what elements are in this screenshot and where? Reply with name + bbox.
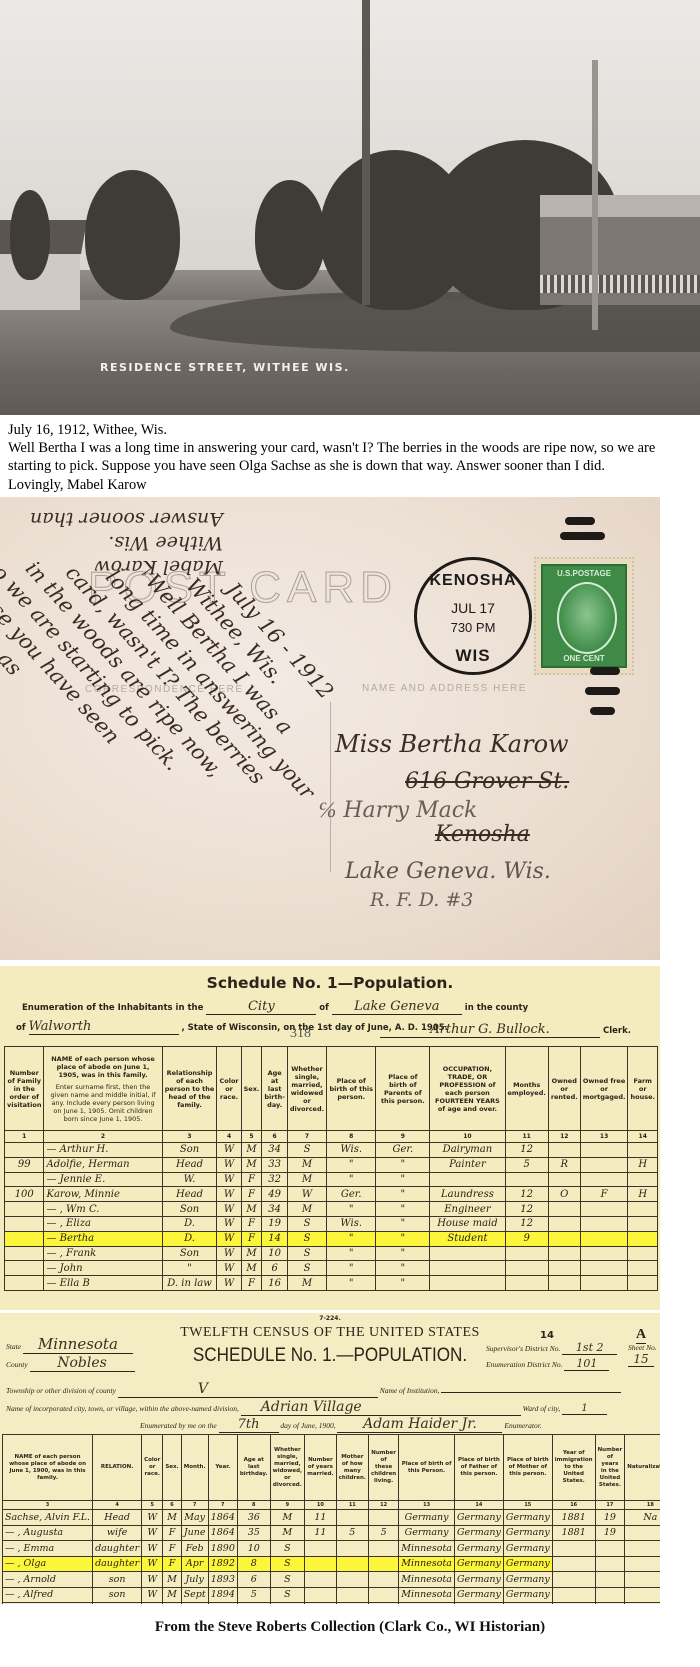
cell-marital: S bbox=[287, 1216, 326, 1231]
cell-name: — John bbox=[44, 1261, 162, 1276]
cell-months bbox=[505, 1246, 548, 1261]
cell-owned bbox=[548, 1276, 580, 1291]
cell-mother_of bbox=[336, 1556, 368, 1572]
cell-mother: Germany bbox=[503, 1541, 552, 1557]
cancellation-bar bbox=[565, 517, 595, 525]
cell-immig bbox=[552, 1556, 595, 1572]
cell-immig bbox=[552, 1572, 595, 1588]
cell-relation: Son bbox=[162, 1202, 217, 1217]
cell-living bbox=[368, 1541, 398, 1557]
census-1905-excerpt: Schedule No. 1—Population. Enumeration o… bbox=[0, 966, 660, 1310]
cell-name: — , Arnold bbox=[3, 1572, 93, 1588]
cell-months bbox=[505, 1172, 548, 1187]
cell-mother_of bbox=[336, 1603, 368, 1605]
cell-marital: S bbox=[270, 1572, 305, 1588]
postage-stamp: U.S.POSTAGE ONE CENT bbox=[534, 557, 634, 675]
cell-family bbox=[5, 1172, 44, 1187]
cell-age: 6 bbox=[262, 1261, 288, 1276]
cell-family bbox=[5, 1261, 44, 1276]
cell-yrs_us bbox=[595, 1603, 625, 1605]
cell-parents_birthplace: " bbox=[376, 1216, 430, 1231]
cell-farm: H bbox=[628, 1187, 658, 1202]
census-1900-enumerated: Enumerated by me on the 7th day of June,… bbox=[140, 1416, 542, 1433]
cell-year: 1892 bbox=[208, 1556, 237, 1572]
cell-age: 34 bbox=[262, 1202, 288, 1217]
cell-name: — , Alfred bbox=[3, 1587, 93, 1603]
cell-name: Karow, Minnie bbox=[44, 1187, 162, 1202]
cell-family: 100 bbox=[5, 1187, 44, 1202]
cell-occupation: Laundress bbox=[430, 1187, 505, 1202]
cell-marital: M bbox=[287, 1276, 326, 1291]
cell-farm bbox=[628, 1246, 658, 1261]
cell-age: 4 bbox=[237, 1603, 270, 1605]
cell-marital: M bbox=[287, 1172, 326, 1187]
cell-year: 1890 bbox=[208, 1541, 237, 1557]
cell-living bbox=[368, 1556, 398, 1572]
cell-birthplace: " bbox=[327, 1231, 376, 1246]
cell-free bbox=[580, 1246, 628, 1261]
cell-color: W bbox=[217, 1246, 241, 1261]
cell-yrs_married: 11 bbox=[305, 1510, 337, 1526]
letter-signoff: Lovingly, Mabel Karow bbox=[8, 476, 694, 494]
cell-month: May bbox=[181, 1510, 208, 1526]
cell-birth: Germany bbox=[399, 1510, 455, 1526]
cell-sex: F bbox=[241, 1276, 262, 1291]
cell-farm bbox=[628, 1202, 658, 1217]
cell-color: W bbox=[217, 1187, 241, 1202]
cell-owned bbox=[548, 1216, 580, 1231]
cell-color: W bbox=[142, 1525, 163, 1541]
cell-occupation: Student bbox=[430, 1231, 505, 1246]
cell-marital: W bbox=[287, 1187, 326, 1202]
census-1905-rows: — Arthur H.SonWM34SWis.Ger.Dairyman1299A… bbox=[5, 1143, 658, 1291]
cell-color: W bbox=[217, 1231, 241, 1246]
cell-name: — Jennie E. bbox=[44, 1172, 162, 1187]
cell-relation: daughter bbox=[93, 1556, 142, 1572]
cell-sex: M bbox=[241, 1157, 262, 1172]
cell-living bbox=[368, 1510, 398, 1526]
stamp-bottom-text: ONE CENT bbox=[543, 654, 625, 663]
cell-occupation bbox=[430, 1172, 505, 1187]
photo-utility-pole bbox=[592, 60, 598, 330]
cell-age: 36 bbox=[237, 1510, 270, 1526]
cell-name: Adolfie, Herman bbox=[44, 1157, 162, 1172]
postmark: KENOSHA JUL 17 730 PM WIS bbox=[414, 557, 532, 675]
cell-marital: M bbox=[287, 1157, 326, 1172]
cell-name: — , Paul bbox=[3, 1603, 93, 1605]
cell-month: June bbox=[181, 1525, 208, 1541]
postmark-city: KENOSHA bbox=[417, 572, 529, 590]
cell-sex: M bbox=[241, 1143, 262, 1158]
cell-father: Germany bbox=[454, 1572, 503, 1588]
cell-living bbox=[368, 1603, 398, 1605]
census-1900-enumeration-district: Enumeration District No. 101 bbox=[486, 1357, 609, 1371]
cell-occupation: House maid bbox=[430, 1216, 505, 1231]
cell-family bbox=[5, 1246, 44, 1261]
photo-caption: RESIDENCE STREET, WITHEE WIS. bbox=[100, 361, 350, 374]
cell-occupation bbox=[430, 1246, 505, 1261]
cell-sex: F bbox=[241, 1216, 262, 1231]
address-route: R. F. D. #3 bbox=[370, 889, 473, 911]
cell-free bbox=[580, 1231, 628, 1246]
cell-birthplace: " bbox=[327, 1261, 376, 1276]
cell-color: W bbox=[217, 1143, 241, 1158]
cell-color: W bbox=[142, 1603, 163, 1605]
cell-immig: 1881 bbox=[552, 1525, 595, 1541]
cell-father: Germany bbox=[454, 1525, 503, 1541]
cell-free bbox=[580, 1157, 628, 1172]
cell-birthplace: " bbox=[327, 1276, 376, 1291]
cell-family bbox=[5, 1231, 44, 1246]
census-row: Sachse, Alvin F.L.HeadWMMay186436M11Germ… bbox=[3, 1510, 661, 1526]
cell-marital: S bbox=[270, 1556, 305, 1572]
postmark-state: WIS bbox=[417, 646, 529, 666]
census-1905-line1: Enumeration of the Inhabitants in the Ci… bbox=[22, 999, 528, 1015]
cell-mother_of bbox=[336, 1587, 368, 1603]
cell-month: Sept bbox=[181, 1587, 208, 1603]
cell-age: 6 bbox=[237, 1572, 270, 1588]
cell-nat bbox=[625, 1572, 660, 1588]
cell-month: Apr bbox=[181, 1603, 208, 1605]
cell-marital: M bbox=[270, 1510, 305, 1526]
stamp-portrait-icon bbox=[557, 582, 617, 654]
cell-age: 16 bbox=[262, 1276, 288, 1291]
cell-marital: S bbox=[270, 1587, 305, 1603]
cell-free bbox=[580, 1216, 628, 1231]
census-1900-city: Name of incorporated city, town, or vill… bbox=[6, 1399, 607, 1416]
cell-mother_of: 5 bbox=[336, 1525, 368, 1541]
cell-age: 34 bbox=[262, 1143, 288, 1158]
census-row: — Ella BD. in lawWF16M"" bbox=[5, 1276, 658, 1291]
cell-yrs_married bbox=[305, 1603, 337, 1605]
cell-father: Germany bbox=[454, 1587, 503, 1603]
cell-birthplace: Ger. bbox=[327, 1187, 376, 1202]
cell-mother: Germany bbox=[503, 1587, 552, 1603]
cell-year: 1893 bbox=[208, 1572, 237, 1588]
census-1905-page-number: 318 bbox=[290, 1026, 311, 1042]
census-1900-county: County Nobles bbox=[6, 1355, 135, 1372]
cell-age: 10 bbox=[262, 1246, 288, 1261]
address-name: Miss Bertha Karow bbox=[335, 730, 569, 758]
cell-yrs_us: 19 bbox=[595, 1510, 625, 1526]
census-1900-column-numbers: 3456778910111213141516171819202122232425… bbox=[3, 1501, 661, 1510]
cell-month: Feb bbox=[181, 1541, 208, 1557]
cell-color: W bbox=[142, 1572, 163, 1588]
cell-sex: F bbox=[241, 1187, 262, 1202]
cell-age: 10 bbox=[237, 1541, 270, 1557]
census-1900-form-number: 7-224. bbox=[0, 1315, 660, 1322]
cell-color: W bbox=[142, 1556, 163, 1572]
cell-sex: F bbox=[241, 1172, 262, 1187]
cell-yrs_us: 19 bbox=[595, 1525, 625, 1541]
cell-birth: Germany bbox=[399, 1525, 455, 1541]
cell-immig: 1881 bbox=[552, 1510, 595, 1526]
photo-tree bbox=[85, 170, 180, 300]
cell-sex: M bbox=[163, 1510, 181, 1526]
cell-relation: D. in law bbox=[162, 1276, 217, 1291]
letter-transcription: July 16, 1912, Withee, Wis. Well Bertha … bbox=[8, 421, 694, 494]
cell-age: 19 bbox=[262, 1216, 288, 1231]
cell-age: 35 bbox=[237, 1525, 270, 1541]
census-1900-table: NAME of each person whose place of abode… bbox=[2, 1434, 660, 1604]
postcard-back: POST CARD CORRESPONDENCE HERE NAME AND A… bbox=[0, 497, 660, 960]
cell-family bbox=[5, 1276, 44, 1291]
cell-months bbox=[505, 1261, 548, 1276]
cell-year: 1864 bbox=[208, 1525, 237, 1541]
cell-owned: O bbox=[548, 1187, 580, 1202]
letter-body: Well Bertha I was a long time in answeri… bbox=[8, 439, 694, 475]
cell-yrs_us bbox=[595, 1572, 625, 1588]
cell-color: W bbox=[142, 1541, 163, 1557]
cell-mother: Germany bbox=[503, 1510, 552, 1526]
cell-mother: Germany bbox=[503, 1572, 552, 1588]
cell-color: W bbox=[217, 1276, 241, 1291]
census-1905-table: Number of Family in the order of visitat… bbox=[4, 1046, 658, 1291]
cell-father: Germany bbox=[454, 1541, 503, 1557]
cell-months bbox=[505, 1276, 548, 1291]
cell-occupation bbox=[430, 1276, 505, 1291]
postmark-date: JUL 17 bbox=[417, 600, 529, 616]
cell-parents_birthplace: " bbox=[376, 1202, 430, 1217]
cell-marital: S bbox=[287, 1231, 326, 1246]
cell-mother: Germany bbox=[503, 1525, 552, 1541]
cell-relation: Head bbox=[93, 1510, 142, 1526]
cell-name: — , Eliza bbox=[44, 1216, 162, 1231]
cell-nat bbox=[625, 1525, 660, 1541]
cell-living bbox=[368, 1572, 398, 1588]
cell-owned bbox=[548, 1143, 580, 1158]
cell-nat bbox=[625, 1587, 660, 1603]
address-forwarded-city: Lake Geneva. Wis. bbox=[345, 859, 551, 884]
cell-months: 12 bbox=[505, 1216, 548, 1231]
cell-farm bbox=[628, 1216, 658, 1231]
cell-living bbox=[368, 1587, 398, 1603]
cell-occupation: Painter bbox=[430, 1157, 505, 1172]
cell-birthplace: Wis. bbox=[327, 1143, 376, 1158]
cell-age: 32 bbox=[262, 1172, 288, 1187]
cell-family bbox=[5, 1216, 44, 1231]
census-row: — , EmmadaughterWFFeb189010SMinnesotaGer… bbox=[3, 1541, 661, 1557]
cell-family bbox=[5, 1143, 44, 1158]
cell-birth: Minnesota bbox=[399, 1541, 455, 1557]
cell-family bbox=[5, 1202, 44, 1217]
address-label: NAME AND ADDRESS HERE bbox=[362, 683, 527, 694]
cell-relation: " bbox=[162, 1261, 217, 1276]
census-1900-page-number: 14 bbox=[540, 1330, 554, 1341]
cell-months: 5 bbox=[505, 1157, 548, 1172]
postmark-time: 730 PM bbox=[417, 620, 529, 635]
cell-parents_birthplace: " bbox=[376, 1157, 430, 1172]
cell-name: — Ella B bbox=[44, 1276, 162, 1291]
cell-color: W bbox=[217, 1216, 241, 1231]
cell-age: 5 bbox=[237, 1587, 270, 1603]
cell-color: W bbox=[142, 1510, 163, 1526]
cell-birthplace: " bbox=[327, 1172, 376, 1187]
cell-relation: daughter bbox=[93, 1541, 142, 1557]
cell-mother: Germany bbox=[503, 1603, 552, 1605]
census-1900-excerpt: 7-224. TWELFTH CENSUS OF THE UNITED STAT… bbox=[0, 1313, 660, 1604]
cell-mother_of bbox=[336, 1510, 368, 1526]
cell-free bbox=[580, 1202, 628, 1217]
cell-marital: S bbox=[287, 1143, 326, 1158]
cell-free bbox=[580, 1261, 628, 1276]
cell-birthplace: " bbox=[327, 1157, 376, 1172]
handwritten-upside-down: Mabel Karow Withee Wis. Answer sooner th… bbox=[30, 507, 223, 579]
cell-farm bbox=[628, 1143, 658, 1158]
census-row: — , FrankSonWM10S"" bbox=[5, 1246, 658, 1261]
cell-color: W bbox=[217, 1157, 241, 1172]
cell-immig bbox=[552, 1603, 595, 1605]
cell-birth: Minnesota bbox=[399, 1603, 455, 1605]
cell-name: — , Augusta bbox=[3, 1525, 93, 1541]
cancellation-bar bbox=[590, 667, 620, 675]
census-row: — Jennie E.W.WF32M"" bbox=[5, 1172, 658, 1187]
cell-free bbox=[580, 1172, 628, 1187]
cell-name: — , Emma bbox=[3, 1541, 93, 1557]
cell-parents_birthplace: " bbox=[376, 1261, 430, 1276]
cell-sex: M bbox=[241, 1261, 262, 1276]
census-1900-state: State Minnesota bbox=[6, 1335, 133, 1354]
cell-sex: M bbox=[163, 1603, 181, 1605]
cell-sex: F bbox=[163, 1541, 181, 1557]
cell-nat bbox=[625, 1603, 660, 1605]
cell-farm: H bbox=[628, 1157, 658, 1172]
cell-immig bbox=[552, 1541, 595, 1557]
cell-free: F bbox=[580, 1187, 628, 1202]
census-1905-column-numbers: 1 2 3 4 5 6 7 8 9 10 11 12 13 14 bbox=[5, 1131, 658, 1143]
cell-month: July bbox=[181, 1572, 208, 1588]
cell-sex: M bbox=[241, 1246, 262, 1261]
cell-color: W bbox=[217, 1261, 241, 1276]
cell-owned: R bbox=[548, 1157, 580, 1172]
photo-utility-pole bbox=[362, 0, 370, 305]
cell-marital: M bbox=[287, 1202, 326, 1217]
cell-birth: Minnesota bbox=[399, 1572, 455, 1588]
cell-age: 33 bbox=[262, 1157, 288, 1172]
cell-age: 8 bbox=[237, 1556, 270, 1572]
census-row: — , AugustawifeWFJune186435M1155GermanyG… bbox=[3, 1525, 661, 1541]
cell-owned bbox=[548, 1261, 580, 1276]
census-1905-title: Schedule No. 1—Population. bbox=[0, 974, 660, 992]
cell-birthplace: Wis. bbox=[327, 1216, 376, 1231]
photo-tree bbox=[255, 180, 325, 290]
address-street-crossed: 616 Grover St. bbox=[405, 769, 569, 794]
cancellation-bar bbox=[590, 707, 615, 715]
census-row: — , AlfredsonWMSept18945SMinnesotaGerman… bbox=[3, 1587, 661, 1603]
street-photo: RESIDENCE STREET, WITHEE WIS. bbox=[0, 0, 700, 415]
cell-father: Germany bbox=[454, 1603, 503, 1605]
address-city-crossed: Kenosha bbox=[435, 822, 530, 847]
cell-sex: F bbox=[163, 1556, 181, 1572]
cell-relation: Son bbox=[162, 1246, 217, 1261]
census-row: — , Wm C.SonWM34M""Engineer12 bbox=[5, 1202, 658, 1217]
cell-color: W bbox=[142, 1587, 163, 1603]
cell-yrs_married: 11 bbox=[305, 1525, 337, 1541]
census-1900-rows: Sachse, Alvin F.L.HeadWMMay186436M11Germ… bbox=[3, 1510, 661, 1605]
cell-occupation bbox=[430, 1261, 505, 1276]
cell-name: — , Frank bbox=[44, 1246, 162, 1261]
cell-sex: M bbox=[163, 1572, 181, 1588]
cell-color: W bbox=[217, 1172, 241, 1187]
cell-name: — Arthur H. bbox=[44, 1143, 162, 1158]
cell-parents_birthplace: " bbox=[376, 1172, 430, 1187]
address-care-of: ℅ Harry Mack bbox=[318, 797, 477, 823]
cell-relation: Son bbox=[162, 1143, 217, 1158]
cell-yrs_married bbox=[305, 1556, 337, 1572]
cell-parents_birthplace: " bbox=[376, 1276, 430, 1291]
cell-parents_birthplace: " bbox=[376, 1231, 430, 1246]
census-1900-sheet: Sheet No. 15 bbox=[628, 1343, 657, 1367]
cell-marital: S bbox=[287, 1261, 326, 1276]
cell-relation: wife bbox=[93, 1525, 142, 1541]
cell-mother: Germany bbox=[503, 1556, 552, 1572]
cell-free bbox=[580, 1276, 628, 1291]
cell-relation: son bbox=[93, 1587, 142, 1603]
cancellation-bar bbox=[560, 532, 605, 540]
cell-name: — , Wm C. bbox=[44, 1202, 162, 1217]
cell-owned bbox=[548, 1231, 580, 1246]
cell-name: — Bertha bbox=[44, 1231, 162, 1246]
cell-father: Germany bbox=[454, 1510, 503, 1526]
collection-credit: From the Steve Roberts Collection (Clark… bbox=[0, 1619, 700, 1636]
cancellation-bar bbox=[585, 687, 620, 695]
cell-relation: Head bbox=[162, 1157, 217, 1172]
cell-mother_of bbox=[336, 1572, 368, 1588]
cell-parents_birthplace: " bbox=[376, 1246, 430, 1261]
cell-farm bbox=[628, 1276, 658, 1291]
cell-yrs_married bbox=[305, 1541, 337, 1557]
cell-farm bbox=[628, 1261, 658, 1276]
cell-living: 5 bbox=[368, 1525, 398, 1541]
cell-relation: son bbox=[93, 1603, 142, 1605]
cell-age: 14 bbox=[262, 1231, 288, 1246]
cell-parents_birthplace: Ger. bbox=[376, 1143, 430, 1158]
cell-sex: F bbox=[163, 1525, 181, 1541]
cell-year: 1896 bbox=[208, 1603, 237, 1605]
cell-months: 9 bbox=[505, 1231, 548, 1246]
cell-occupation: Engineer bbox=[430, 1202, 505, 1217]
letter-dateline: July 16, 1912, Withee, Wis. bbox=[8, 421, 694, 439]
cell-marital: S bbox=[287, 1246, 326, 1261]
cell-farm bbox=[628, 1172, 658, 1187]
cell-sex: F bbox=[241, 1231, 262, 1246]
photo-house-right bbox=[540, 195, 700, 305]
cell-age: 49 bbox=[262, 1187, 288, 1202]
cell-months: 12 bbox=[505, 1143, 548, 1158]
cell-name: — , Olga bbox=[3, 1556, 93, 1572]
cell-yrs_married bbox=[305, 1572, 337, 1588]
census-row: — Arthur H.SonWM34SWis.Ger.Dairyman12 bbox=[5, 1143, 658, 1158]
cell-owned bbox=[548, 1202, 580, 1217]
stamp-top-text: U.S.POSTAGE bbox=[543, 569, 625, 578]
cell-birth: Minnesota bbox=[399, 1556, 455, 1572]
cell-relation: son bbox=[93, 1572, 142, 1588]
cell-name: Sachse, Alvin F.L. bbox=[3, 1510, 93, 1526]
cell-relation: D. bbox=[162, 1231, 217, 1246]
cell-yrs_us bbox=[595, 1556, 625, 1572]
census-row: — , ArnoldsonWMJuly18936SMinnesotaGerman… bbox=[3, 1572, 661, 1588]
census-1905-clerk: Arthur G. Bullock. Clerk. bbox=[380, 1022, 631, 1038]
cell-sex: M bbox=[241, 1202, 262, 1217]
cell-year: 1864 bbox=[208, 1510, 237, 1526]
cell-marital: S bbox=[270, 1603, 305, 1605]
cell-months: 12 bbox=[505, 1187, 548, 1202]
cell-yrs_us bbox=[595, 1587, 625, 1603]
cell-marital: M bbox=[270, 1525, 305, 1541]
cell-color: W bbox=[217, 1202, 241, 1217]
cell-birthplace: " bbox=[327, 1246, 376, 1261]
census-row-highlighted: — , OlgadaughterWFApr18928SMinnesotaGerm… bbox=[3, 1556, 661, 1572]
